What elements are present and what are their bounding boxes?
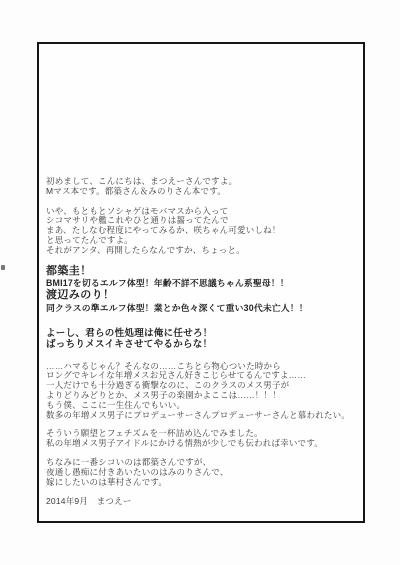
declaration: よーし、君らの性処理は俺に任せろ！ばっちりメスイキさせてやるからな！ bbox=[46, 328, 359, 351]
context: いや、もともとソシャゲはモバマスから入ってシコマサリや艦これやひと通りは齧ってた… bbox=[46, 207, 359, 256]
scanned-page: 初めまして、こんにちは、まつえーさんですよ。Mマス本です。都築さん＆みのりさん本… bbox=[0, 0, 400, 565]
text-line: 渡辺みのり！ bbox=[46, 289, 359, 303]
text-line: BMI17を切るエルフ体型！年齢不詳不思議ちゃん系聖母！！ bbox=[46, 278, 359, 289]
text-line: ばっちりメスイキさせてやるからな！ bbox=[46, 339, 359, 351]
text-line: 数多の年増メス男子にプロデューサーさんプロデューサーさんと慕われたい。 bbox=[46, 411, 359, 421]
text-line: 同クラスの準エルフ体型！業とか色々深くて重い30代未亡人！！ bbox=[46, 303, 359, 314]
text-line: よーし、君らの性処理は俺に任せろ！ bbox=[46, 328, 359, 340]
favorites: ちなみに一番シコいのは都築さんですが、夜通し愚痴に付きあいたいのはみのりさんで、… bbox=[46, 458, 359, 487]
text-line: 都築圭！ bbox=[46, 265, 359, 279]
signature: 2014年9月 まつえー bbox=[46, 497, 359, 507]
text-line: それがアンタ、再開したらなんですか、ちょっと。 bbox=[46, 246, 359, 256]
wrap-up: そういう願望とフェチズムを一杯詰め込んでみました。私の年増メス男子アイドルにかけ… bbox=[46, 429, 359, 449]
page-edge-mark bbox=[1, 265, 5, 270]
text-line: 私の年増メス男子アイドルにかける情熱が少しでも伝われば幸いです。 bbox=[46, 439, 359, 449]
afterword-page-frame: 初めまして、こんにちは、まつえーさんですよ。Mマス本です。都築さん＆みのりさん本… bbox=[37, 42, 365, 523]
text-line: Mマス本です。都築さん＆みのりさん本です。 bbox=[46, 187, 359, 197]
rant: ……ハマるじゃん？そんなの……こちとら物心ついた時からロングでキレイな年増メスお… bbox=[46, 362, 359, 421]
text-line: 2014年9月 まつえー bbox=[46, 497, 359, 507]
greeting: 初めまして、こんにちは、まつえーさんですよ。Mマス本です。都築さん＆みのりさん本… bbox=[46, 177, 359, 197]
character-intro: 都築圭！BMI17を切るエルフ体型！年齢不詳不思議ちゃん系聖母！！渡辺みのり！同… bbox=[46, 265, 359, 314]
afterword-text: 初めまして、こんにちは、まつえーさんですよ。Mマス本です。都築さん＆みのりさん本… bbox=[46, 177, 359, 507]
text-line: 嫁にしたいのは華村さんです。 bbox=[46, 478, 359, 488]
